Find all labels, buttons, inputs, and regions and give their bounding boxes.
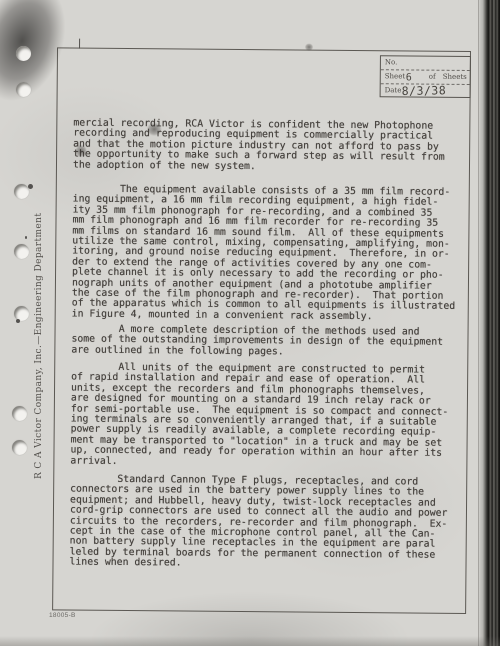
punch-hole bbox=[12, 406, 27, 421]
form-number: 18005-B bbox=[49, 612, 76, 619]
of-label: of bbox=[429, 71, 436, 83]
typed-paragraph-3: A more complete description of the metho… bbox=[71, 325, 465, 360]
typed-paragraph-5: Standard Cannon Type F plugs, receptacle… bbox=[69, 475, 464, 572]
typed-paragraph-2: The equipment available consists of a 35… bbox=[72, 185, 467, 324]
sheets-label: Sheets bbox=[443, 71, 467, 83]
ink-speck bbox=[28, 184, 33, 189]
punch-hole bbox=[12, 440, 27, 455]
ink-speck bbox=[16, 319, 20, 323]
binder-spine-edge bbox=[483, 0, 500, 646]
ink-smudge bbox=[74, 144, 88, 159]
punch-hole bbox=[14, 244, 29, 259]
ink-smudge bbox=[304, 43, 314, 52]
tick-mark bbox=[79, 39, 80, 49]
punch-hole bbox=[16, 82, 31, 97]
ink-speck bbox=[25, 236, 27, 239]
sheet-label: Sheet bbox=[385, 70, 406, 82]
typed-paragraph-4: All units of the equipment are construct… bbox=[70, 363, 465, 470]
scanned-document-page: R C A Victor Company, Inc.—Engineering D… bbox=[0, 0, 500, 646]
sidebar-company-label: R C A Victor Company, Inc.—Engineering D… bbox=[34, 187, 44, 479]
page-border: No. Sheet of Sheets Date 6 8/3/38 mercia… bbox=[52, 47, 471, 614]
bottom-scan-shadow bbox=[0, 636, 500, 646]
stamp-row-no: No. bbox=[381, 56, 470, 71]
date-label: Date bbox=[385, 84, 402, 96]
punch-hole bbox=[14, 184, 29, 199]
no-label: No. bbox=[385, 56, 398, 68]
stamp-box: No. Sheet of Sheets Date 6 8/3/38 bbox=[380, 55, 471, 98]
date-value: 8/3/38 bbox=[402, 83, 447, 98]
sheet-number-value: 6 bbox=[406, 72, 412, 83]
typed-paragraph-1: mercial recording, RCA Victor is confide… bbox=[73, 119, 467, 174]
punch-hole bbox=[16, 46, 31, 61]
ink-smudge bbox=[145, 121, 163, 137]
